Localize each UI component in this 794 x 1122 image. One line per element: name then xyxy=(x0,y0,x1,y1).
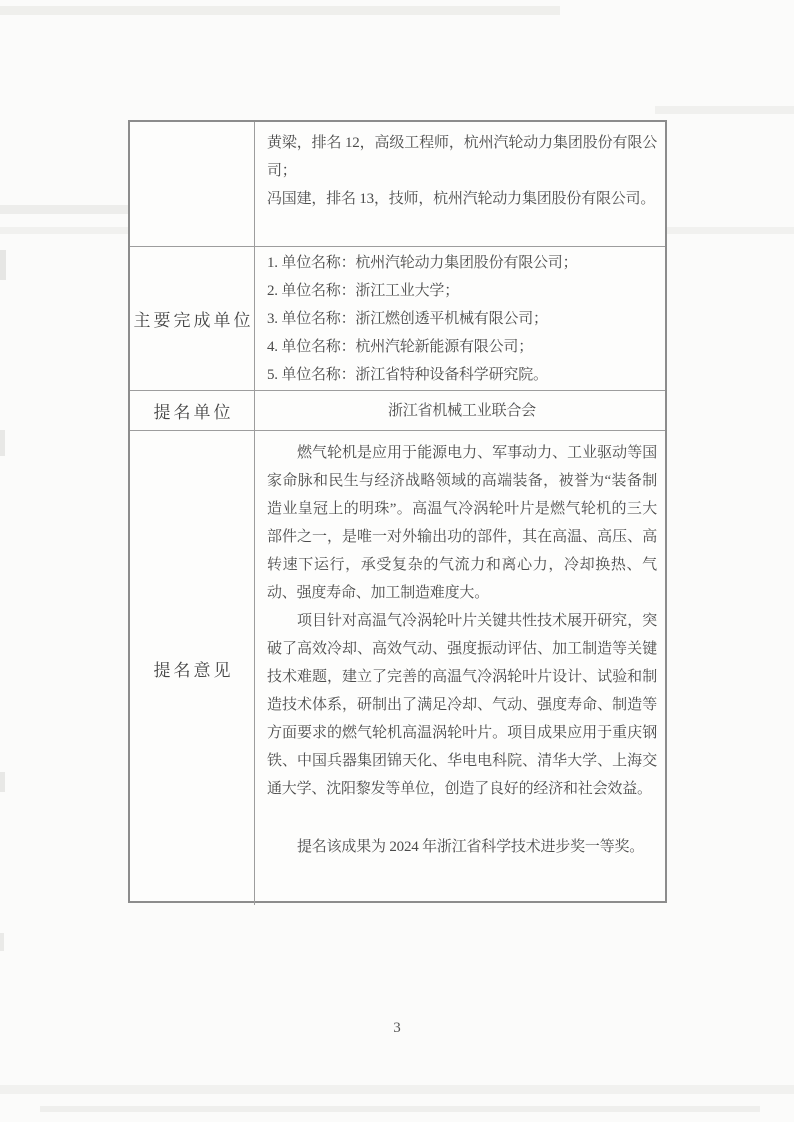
unit-item: 1. 单位名称：杭州汽轮动力集团股份有限公司； xyxy=(267,249,657,277)
table-row-contributors: 黄梁，排名 12，高级工程师，杭州汽轮动力集团股份有限公司； 冯国建，排名 13… xyxy=(130,122,665,246)
scan-artifact xyxy=(0,933,4,951)
scan-artifact xyxy=(0,772,5,792)
scan-artifact xyxy=(0,6,560,15)
unit-item: 3. 单位名称：浙江燃创透平机械有限公司； xyxy=(267,305,657,333)
opinion-paragraph: 燃气轮机是应用于能源电力、军事动力、工业驱动等国家命脉和民生与经济战略领域的高端… xyxy=(267,439,657,607)
contributor-entry: 黄梁，排名 12，高级工程师，杭州汽轮动力集团股份有限公司； xyxy=(267,129,657,185)
unit-item: 5. 单位名称：浙江省特种设备科学研究院。 xyxy=(267,361,657,389)
scan-artifact xyxy=(0,250,6,280)
nomination-opinion-content-cell: 燃气轮机是应用于能源电力、军事动力、工业驱动等国家命脉和民生与经济战略领域的高端… xyxy=(255,431,665,905)
document-page: 黄梁，排名 12，高级工程师，杭州汽轮动力集团股份有限公司； 冯国建，排名 13… xyxy=(0,0,794,1122)
unit-item: 4. 单位名称：杭州汽轮新能源有限公司； xyxy=(267,333,657,361)
scan-artifact xyxy=(0,205,135,214)
nominating-unit-label: 提名单位 xyxy=(130,391,255,430)
opinion-paragraph: 项目针对高温气冷涡轮叶片关键共性技术展开研究，突破了高效冷却、高效气动、强度振动… xyxy=(267,607,657,803)
table-row-nomination-opinion: 提名意见 燃气轮机是应用于能源电力、军事动力、工业驱动等国家命脉和民生与经济战略… xyxy=(130,430,665,905)
table-row-nominating-unit: 提名单位 浙江省机械工业联合会 xyxy=(130,390,665,430)
nomination-opinion-label: 提名意见 xyxy=(130,431,255,905)
contributors-content-cell: 黄梁，排名 12，高级工程师，杭州汽轮动力集团股份有限公司； 冯国建，排名 13… xyxy=(255,122,665,246)
scan-artifact xyxy=(40,1106,760,1112)
contributor-entry: 冯国建，排名 13，技师，杭州汽轮动力集团股份有限公司。 xyxy=(267,185,657,213)
unit-item: 2. 单位名称：浙江工业大学； xyxy=(267,277,657,305)
contributors-label-cell xyxy=(130,122,255,246)
award-statement: 提名该成果为 2024 年浙江省科学技术进步奖一等奖。 xyxy=(267,833,657,861)
nomination-table: 黄梁，排名 12，高级工程师，杭州汽轮动力集团股份有限公司； 冯国建，排名 13… xyxy=(128,120,667,903)
page-number: 3 xyxy=(0,1020,794,1037)
table-row-main-units: 主要完成单位 1. 单位名称：杭州汽轮动力集团股份有限公司； 2. 单位名称：浙… xyxy=(130,246,665,390)
main-units-content-cell: 1. 单位名称：杭州汽轮动力集团股份有限公司； 2. 单位名称：浙江工业大学； … xyxy=(255,247,665,390)
main-units-label: 主要完成单位 xyxy=(130,247,255,390)
nominating-unit-value: 浙江省机械工业联合会 xyxy=(255,391,665,430)
scan-artifact xyxy=(0,1085,794,1094)
scan-artifact xyxy=(0,430,5,456)
scan-artifact xyxy=(655,106,794,114)
